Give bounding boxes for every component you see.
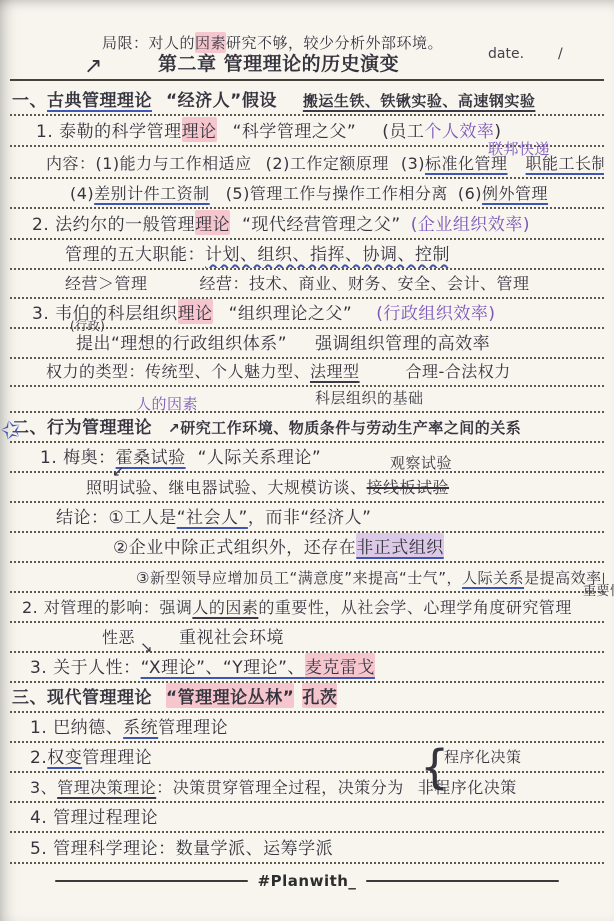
text-segment: “组织理论之父” xyxy=(229,299,353,324)
text-segment: (企业组织效率) xyxy=(411,210,530,235)
text-segment: ：决策贯穿管理全过程，决策分为 xyxy=(156,775,404,798)
text-segment: 5. 管理科学理论：数量学派、运筹学派 xyxy=(30,834,333,859)
text-segment: 2. 法约尔的一般管理 xyxy=(32,210,195,235)
text-segment: 人的因素 xyxy=(192,595,258,618)
text-segment: 管理决策理论 xyxy=(57,775,156,798)
section-modern: 三、现代管理理论“管理理论丛林”孔茨 xyxy=(10,681,604,713)
text-segment: 人际关系 xyxy=(462,567,524,588)
social-environment: 性恶重视社会环境 xyxy=(10,621,604,653)
text-segment: “社会人” xyxy=(177,503,248,528)
arrow-up-right-icon: ↗ xyxy=(84,54,103,79)
text-segment: (2)工作定额原理 xyxy=(266,151,389,174)
text-segment: 理论 xyxy=(182,117,217,142)
text-segment: 权变 xyxy=(47,743,82,768)
text-segment: 一、 xyxy=(12,86,47,111)
footer-rule-right xyxy=(366,880,559,882)
text-segment: 麦克雷戈 xyxy=(305,653,375,678)
text-segment: 3. 关于人性： xyxy=(30,653,141,678)
text-segment: 3、 xyxy=(30,775,57,798)
text-segment: (行政组织效率) xyxy=(376,299,495,324)
mayo-line: 1. 梅奥：霍桑试验“人际关系理论” xyxy=(10,441,604,473)
text-segment: 的重要性，从社会学、心理学角度研究管理 xyxy=(258,595,572,618)
section-classical: 一、古典管理理论“经济人”假设搬运生铁、铁锹实验、高速钢实验 xyxy=(10,84,604,116)
science-line: 5. 管理科学理论：数量学派、运筹学派 xyxy=(10,831,604,864)
annotation-importance: 重要性 xyxy=(583,580,614,599)
arrow-down-left-icon: ↙ xyxy=(112,462,125,480)
conclusion-2: ②企业中除正式组织外，还存在非正式组织 xyxy=(10,531,604,563)
text-segment: “管理理论丛林” xyxy=(166,683,294,708)
annotation-xingzheng: (行政) xyxy=(70,317,105,334)
text-segment: 接线板试验 xyxy=(367,475,450,498)
text-segment: 经营：技术、商业、财务、安全、会计、管理 xyxy=(200,271,530,294)
decision-line: 3、管理决策理论：决策贯穿管理全过程，决策分为非程序化决策 xyxy=(10,771,604,803)
text-segment: 管理理论 xyxy=(158,713,228,738)
influence-line: 2. 对管理的影响：强调人的因素的重要性，从社会学、心理学角度研究管理 xyxy=(10,591,604,623)
taylor-content-2: (4)差别计件工资制(5)管理工作与操作工作相分离(6)例外管理 xyxy=(10,177,604,209)
annotation-fedex: 联邦快递 xyxy=(488,138,550,159)
annotation-human-factor: 人的因素 xyxy=(136,393,198,414)
text-segment: 第二章 管理理论的历史演变 xyxy=(158,49,399,76)
text-segment: “人际关系理论” xyxy=(198,443,322,468)
text-segment: “X理论”、“Y理论”、 xyxy=(141,653,305,678)
text-segment: (5)管理工作与操作工作相分离 xyxy=(226,181,448,204)
text-segment: 系统 xyxy=(123,713,158,738)
footer-rule-left xyxy=(55,880,248,882)
power-types: 权力的类型：传统型、个人魅力型、法理型合理-合法权力 xyxy=(10,357,604,387)
text-segment: ③新型领导应增加员工“满意度”来提高“士气”， xyxy=(136,567,462,588)
text-segment: 霍桑试验 xyxy=(116,443,186,468)
notes-page: date. / 局限：对人的因素研究不够，较少分析外部环境。第二章 管理理论的历… xyxy=(0,0,614,921)
text-segment: 内容：(1)能力与工作相适应 xyxy=(46,151,252,174)
arrow-down-right-icon: ↘ xyxy=(140,638,153,656)
text-segment: (6) xyxy=(458,184,482,203)
text-segment: “现代经营管理之父” xyxy=(242,210,401,235)
text-segment: 二、行为管理理论 xyxy=(12,413,152,438)
text-segment: ，而非“经济人” xyxy=(248,503,372,528)
annotation-observation-test: 观察试验 xyxy=(390,452,452,473)
text-segment: 提出“理想的行政组织体系” xyxy=(76,329,287,354)
text-segment: ↗ xyxy=(168,421,180,437)
bureaucracy-basis: 科层组织的基础 xyxy=(10,385,604,413)
text-segment: 强调组织管理的高效率 xyxy=(315,329,490,354)
text-segment: 搬运生铁、铁锹实验、高速钢实验 xyxy=(303,90,536,111)
operation-vs-management: 经营＞管理经营：技术、商业、财务、安全、会计、管理 xyxy=(10,268,604,299)
text-segment: (员工 xyxy=(382,117,424,142)
text-segment: 合理-合法权力 xyxy=(406,359,511,382)
hawthorne-experiments: 照明试验、继电器试验、大规模访谈、接线板试验 xyxy=(10,471,604,503)
text-segment: 1. 梅奥： xyxy=(40,443,116,468)
text-segment: 非正式组织 xyxy=(356,533,444,558)
annotation-programmed-decision: 程序化决策 xyxy=(444,746,522,767)
text-segment: (3) xyxy=(401,154,425,173)
page-footer: #Planwith_ xyxy=(55,872,559,890)
text-segment: 照明试验、继电器试验、大规模访谈、 xyxy=(86,475,367,498)
text-segment: 孔茨 xyxy=(302,683,337,708)
text-segment: 经营＞管理 xyxy=(65,271,148,294)
text-segment: 理论 xyxy=(195,210,230,235)
section-behavioral: 二、行为管理理论↗研究工作环境、物质条件与劳动生产率之间的关系 xyxy=(10,411,604,443)
text-segment: 性恶 xyxy=(102,625,135,648)
process-line: 4. 管理过程理论 xyxy=(10,801,604,833)
text-segment: 1. 巴纳德、 xyxy=(30,713,123,738)
text-segment: 例外管理 xyxy=(482,181,548,204)
text-segment: 理论 xyxy=(178,299,213,324)
text-segment: 研究工作环境、物质条件与劳动生产率之间的关系 xyxy=(180,417,521,438)
text-segment: “经济人”假设 xyxy=(166,86,277,111)
text-segment: 科层组织的基础 xyxy=(315,387,424,408)
text-segment: (4) xyxy=(70,184,94,203)
text-segment: 1. 泰勒的科学管理 xyxy=(36,117,182,142)
barnard-line: 1. 巴纳德、系统管理理论 xyxy=(10,711,604,743)
text-segment: 权力的类型：传统型、个人魅力型、 xyxy=(46,359,310,382)
text-segment: 2. 对管理的影响：强调 xyxy=(22,595,192,618)
text-segment: ②企业中除正式组织外，还存在 xyxy=(113,533,356,558)
conclusion-3: ③新型领导应增加员工“满意度”来提高“士气”，人际关系是提高效率的关键 xyxy=(10,561,604,593)
xy-theory: 3. 关于人性：“X理论”、“Y理论”、麦克雷戈 xyxy=(10,651,604,683)
text-segment: 管理理论 xyxy=(82,743,152,768)
text-segment: 计划、组织、指挥、协调、控制 xyxy=(205,240,450,265)
fayol-line: 2. 法约尔的一般管理理论“现代经营管理之父”(企业组织效率) xyxy=(10,207,604,240)
text-segment: 差别计件工资制 xyxy=(94,181,210,204)
conclusion-1: 结论：①工人是“社会人”，而非“经济人” xyxy=(10,501,604,533)
text-segment: 三、现代管理理论 xyxy=(12,683,152,708)
text-segment: 2. xyxy=(30,748,47,768)
text-segment: 个人效率 xyxy=(424,117,494,142)
text-segment: “科学管理之父” xyxy=(233,117,357,142)
text-segment: 4. 管理过程理论 xyxy=(30,803,158,828)
footer-brand: #Planwith_ xyxy=(258,872,357,890)
text-segment: 法理型 xyxy=(310,359,360,382)
text-segment: 古典管理理论 xyxy=(47,86,152,111)
text-segment: 重视社会环境 xyxy=(179,623,284,648)
five-functions: 管理的五大职能：计划、组织、指挥、协调、控制 xyxy=(10,238,604,270)
text-segment: 结论：①工人是 xyxy=(56,503,177,528)
text-segment: 管理的五大职能： xyxy=(65,240,205,265)
